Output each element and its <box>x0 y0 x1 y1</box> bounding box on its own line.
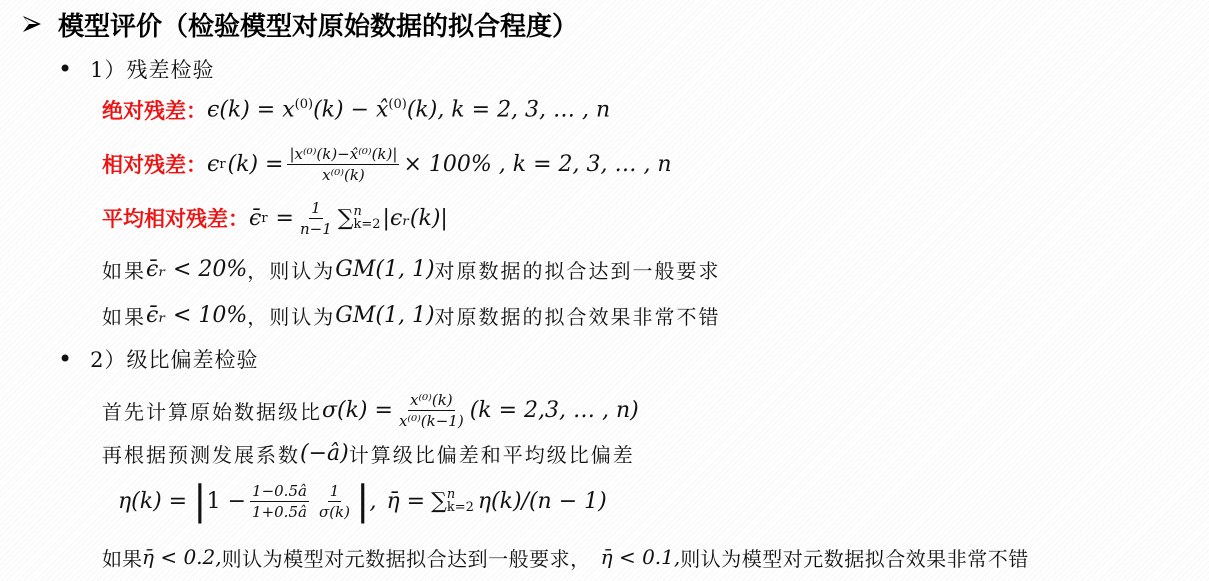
note-threshold-20: 如果 ϵ̄ᵣ < 20% ，则认为 GM(1, 1) 对原数据的拟合达到一般要求 <box>102 252 721 286</box>
slide-title: 模型评价（检验模型对原始数据的拟合程度） <box>22 4 578 44</box>
relative-residual-fraction: |x⁽⁰⁾(k)−x̂⁽⁰⁾(k)| x⁽⁰⁾(k) <box>287 145 399 184</box>
ratio-formula-line: 首先计算原始数据级比 σ(k) = x⁽⁰⁾(k) x⁽⁰⁾(k−1) (k =… <box>102 384 639 436</box>
arrow-bullet-icon <box>22 14 42 34</box>
mean-relative-residual-label: 平均相对残差： <box>102 203 249 233</box>
bullet-icon: • <box>58 345 72 373</box>
relative-residual-label: 相对残差： <box>102 149 207 179</box>
absolute-residual-formula: ϵ(k) = x(0)(k) − x̂(0)(k), k = 2, 3, … ,… <box>207 97 610 122</box>
section-1-label: 1）残差检验 <box>90 54 214 84</box>
development-coefficient-line: 再根据预测发展系数 (−â) 计算级比偏差和平均级比偏差 <box>102 436 635 470</box>
ratio-deviation-conclusion: 如果 η̄ < 0.2, 则认为模型对元数据拟合达到一般要求， η̄ < 0.1… <box>102 540 1029 574</box>
bullet-icon: • <box>58 55 72 83</box>
mean-relative-residual-formula: ϵ̄r = 1 n−1 ∑ n k=2 |ϵᵣ(k)| <box>249 199 448 238</box>
section-1-heading: • 1）残差检验 <box>58 52 215 86</box>
absolute-residual-line: 绝对残差： ϵ(k) = x(0)(k) − x̂(0)(k), k = 2, … <box>102 92 610 128</box>
note-threshold-10: 如果 ϵ̄ᵣ < 10% ，则认为 GM(1, 1) 对原数据的拟合效果非常不错 <box>102 298 721 332</box>
mean-relative-residual-line: 平均相对残差： ϵ̄r = 1 n−1 ∑ n k=2 |ϵᵣ(k)| <box>102 194 448 242</box>
ratio-deviation-formula: η(k) = | 1 − 1−0.5â 1+0.5â 1 σ(k) | , η̄… <box>118 474 607 528</box>
section-2-label: 2）级比偏差检验 <box>90 344 258 374</box>
absolute-residual-label: 绝对残差： <box>102 95 207 125</box>
relative-residual-line: 相对残差： ϵr(k) = |x⁽⁰⁾(k)−x̂⁽⁰⁾(k)| x⁽⁰⁾(k)… <box>102 138 672 190</box>
title-text: 模型评价（检验模型对原始数据的拟合程度） <box>58 6 578 43</box>
relative-residual-formula: ϵr(k) = |x⁽⁰⁾(k)−x̂⁽⁰⁾(k)| x⁽⁰⁾(k) × 100… <box>207 145 672 184</box>
section-2-heading: • 2）级比偏差检验 <box>58 342 259 376</box>
